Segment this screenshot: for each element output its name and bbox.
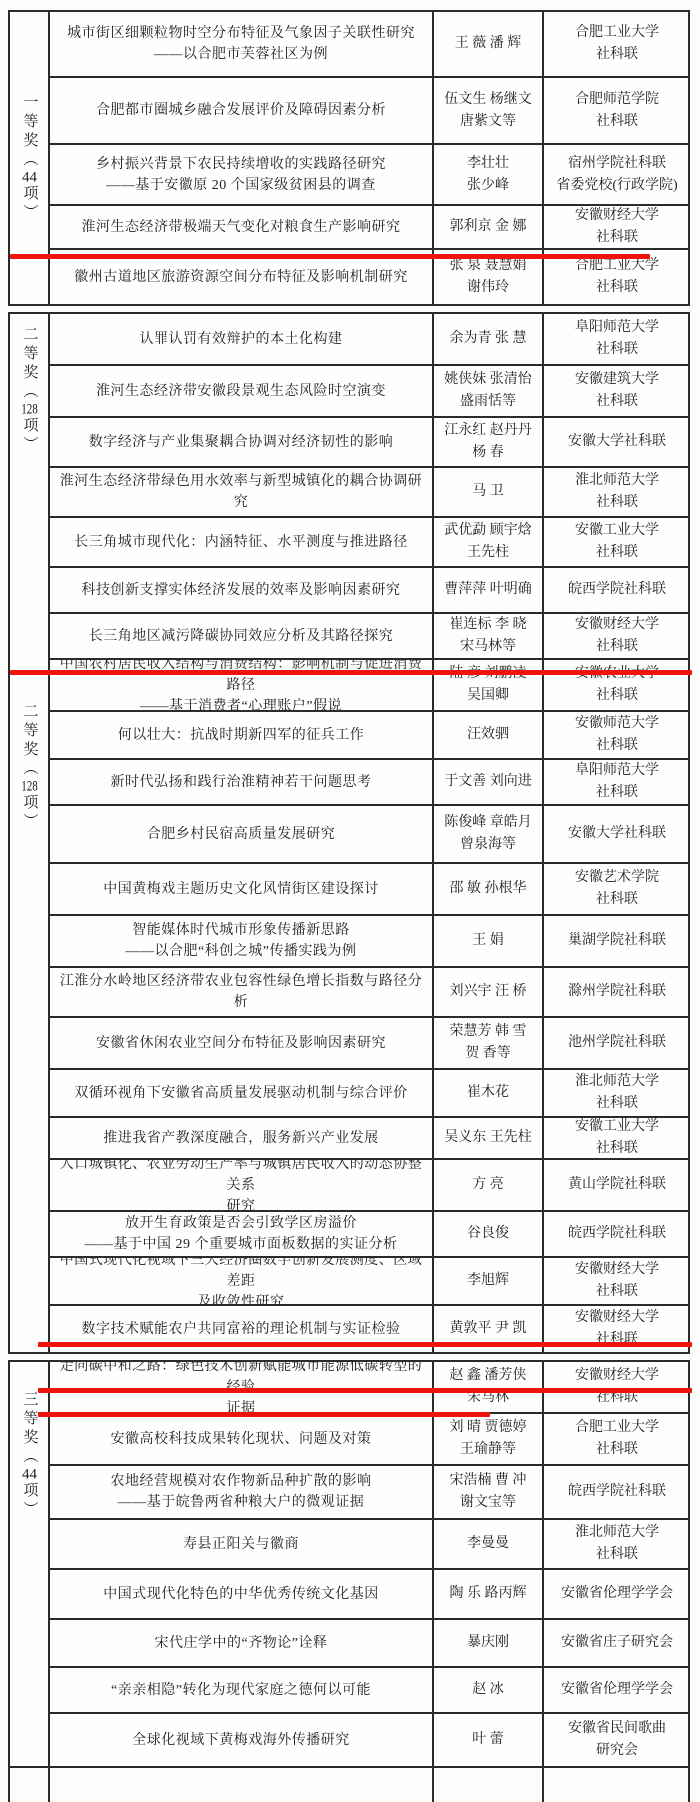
authors-cell: 叶 蕾 xyxy=(432,1714,542,1766)
institution-cell: 淮北师范大学社科联 xyxy=(542,1520,690,1570)
authors-cell-line: 谢文宝等 xyxy=(460,1492,516,1514)
institution-cell: 黄山学院社科联 xyxy=(542,1160,690,1212)
awards-table: 一等奖（44项）城市街区细颗粒物时空分布特征及气象因子关联性研究——以合肥市芙蓉… xyxy=(8,10,690,1800)
title-cell-line: 合肥都市圈城乡融合发展评价及障碍因素分析 xyxy=(96,100,386,121)
institution-cell-line: 安徽工业大学 xyxy=(575,520,659,542)
prize-category-cell: 三等奖（44项） xyxy=(10,1362,48,1766)
title-cell: 何以壮大：抗战时期新四军的征兵工作 xyxy=(48,712,432,760)
title-cell-line: 数字技术赋能农户共同富裕的理论机制与实证检验 xyxy=(82,1319,401,1340)
authors-cell-line: 宋马林等 xyxy=(460,636,516,658)
title-cell-line: 长三角地区减污降碳协同效应分析及其路径探究 xyxy=(89,626,394,647)
institution-cell: 安徽财经大学社科联 xyxy=(542,206,690,250)
institution-cell-line: 阜阳师范大学 xyxy=(575,760,659,782)
institution-cell-line: 研究会 xyxy=(596,1740,638,1762)
highlight-underline xyxy=(38,1388,692,1393)
institution-cell-line: 社科联 xyxy=(596,889,638,911)
authors-cell-line: 荣慧芳 韩 雪 xyxy=(450,1021,527,1043)
authors-cell: 马 卫 xyxy=(432,468,542,518)
title-cell: “亲亲相隐”转化为现代家庭之德何以可能 xyxy=(48,1668,432,1714)
title-cell-line: 放开生育政策是否会引致学区房溢价 xyxy=(125,1213,357,1234)
authors-cell-line: 刘 晴 贾德婷 xyxy=(450,1417,527,1439)
institution-cell-line: 社科联 xyxy=(596,391,638,413)
highlight-underline xyxy=(10,254,650,259)
institution-cell-line: 社科联 xyxy=(596,685,638,707)
authors-cell-line: 汪效驷 xyxy=(467,724,509,746)
authors-cell-line: 方 亮 xyxy=(472,1174,504,1196)
institution-cell-line: 安徽省庄子研究会 xyxy=(561,1632,673,1654)
authors-cell: 赵 冰 xyxy=(432,1668,542,1714)
institution-cell-line: 社科联 xyxy=(596,782,638,804)
institution-cell: 巢湖学院社科联 xyxy=(542,916,690,968)
highlight-underline xyxy=(10,670,692,675)
title-cell: 数字经济与产业集聚耦合协调对经济韧性的影响 xyxy=(48,418,432,468)
cutoff-cell xyxy=(432,1768,542,1800)
institution-cell-line: 社科联 xyxy=(596,44,638,66)
highlight-underline xyxy=(38,1342,692,1347)
institution-cell: 阜阳师范大学社科联 xyxy=(542,760,690,806)
authors-cell-line: 邵 敏 孙根华 xyxy=(450,878,527,900)
authors-cell: 江永红 赵丹丹杨 春 xyxy=(432,418,542,468)
title-cell: 江淮分水岭地区经济带农业包容性绿色增长指数与路径分析 xyxy=(48,968,432,1018)
institution-cell-line: 安徽省伦理学学会 xyxy=(561,1679,673,1701)
title-cell-line: 长三角城市现代化：内涵特征、水平测度与推进路径 xyxy=(74,532,408,553)
institution-cell-line: 安徽财经大学 xyxy=(575,1307,659,1329)
institution-cell-line: 安徽财经大学 xyxy=(575,1259,659,1281)
institution-cell-line: 合肥师范学院 xyxy=(575,89,659,111)
title-cell-line: 合肥乡村民宿高质量发展研究 xyxy=(147,824,336,845)
authors-cell: 李壮壮张少峰 xyxy=(432,145,542,206)
authors-cell-line: 盛雨恬等 xyxy=(460,391,516,413)
institution-cell: 安徽大学社科联 xyxy=(542,418,690,468)
institution-cell-line: 安徽艺术学院 xyxy=(575,867,659,889)
institution-cell: 阜阳师范大学社科联 xyxy=(542,314,690,366)
institution-cell-line: 社科联 xyxy=(596,1138,638,1160)
institution-cell: 安徽建筑大学社科联 xyxy=(542,366,690,418)
authors-cell: 姚侠妹 张清怡盛雨恬等 xyxy=(432,366,542,418)
institution-cell: 安徽财经大学社科联 xyxy=(542,614,690,660)
title-cell-line: 认罪认罚有效辩护的本土化构建 xyxy=(140,329,343,350)
institution-cell: 安徽师范大学社科联 xyxy=(542,712,690,760)
title-cell-line: ——以合肥“科创之城”传播实践为例 xyxy=(126,941,357,962)
title-cell-line: 宋代庄学中的“齐物论”诠释 xyxy=(155,1633,328,1654)
title-cell: 农地经营规模对农作物新品种扩散的影响——基于皖鲁两省种粮大户的微观证据 xyxy=(48,1466,432,1520)
title-cell: 中国农村居民收入结构与消费结构：影响机制与促进消费路径——基于消费者“心理账户”… xyxy=(48,660,432,712)
authors-cell-line: 郭利京 金 娜 xyxy=(450,216,527,238)
authors-cell-line: 曾泉海等 xyxy=(460,834,516,856)
institution-cell-line: 社科联 xyxy=(596,339,638,361)
authors-cell-line: 江永红 赵丹丹 xyxy=(444,420,532,442)
authors-cell: 邵 敏 孙根华 xyxy=(432,864,542,916)
title-cell: 中国式现代化视域下三大经济圈数字创新发展测度、区域差距及收敛性研究 xyxy=(48,1258,432,1306)
institution-cell-line: 社科联 xyxy=(596,1544,638,1566)
authors-cell-line: 李壮壮 xyxy=(467,153,509,175)
title-cell: 淮河生态经济带绿色用水效率与新型城镇化的耦合协调研究 xyxy=(48,468,432,518)
authors-cell-line: 暴庆刚 xyxy=(467,1632,509,1654)
authors-cell: 武优勐 顾宇焓王先柱 xyxy=(432,518,542,568)
institution-cell-line: 安徽建筑大学 xyxy=(575,369,659,391)
authors-cell: 郭利京 金 娜 xyxy=(432,206,542,250)
institution-cell: 安徽省庄子研究会 xyxy=(542,1620,690,1668)
institution-cell-line: 阜阳师范大学 xyxy=(575,317,659,339)
title-cell: 安徽高校科技成果转化现状、问题及对策 xyxy=(48,1414,432,1466)
title-cell: 中国黄梅戏主题历史文化风情街区建设探讨 xyxy=(48,864,432,916)
authors-cell-line: 王 薇 潘 辉 xyxy=(455,33,522,55)
authors-cell-line: 曹萍萍 叶明确 xyxy=(444,579,532,601)
title-cell: 全球化视域下黄梅戏海外传播研究 xyxy=(48,1714,432,1766)
title-cell: 人口城镇化、农业劳动生产率与城镇居民收入的动态协整关系研究 xyxy=(48,1160,432,1212)
institution-cell-line: 社科联 xyxy=(596,111,638,133)
cutoff-cell xyxy=(10,1768,48,1800)
authors-cell-line: 姚侠妹 张清怡 xyxy=(444,369,532,391)
cutoff-cell xyxy=(542,1768,690,1800)
institution-cell: 安徽农业大学社科联 xyxy=(542,660,690,712)
institution-cell-line: 皖西学院社科联 xyxy=(568,579,666,601)
institution-cell-line: 社科联 xyxy=(596,1329,638,1351)
institution-cell-line: 淮北师范大学 xyxy=(575,1522,659,1544)
title-cell-line: 淮河生态经济带极端天气变化对粮食生产影响研究 xyxy=(82,217,401,238)
highlight-underline xyxy=(38,1412,490,1417)
authors-cell-line: 贺 香等 xyxy=(465,1043,511,1065)
institution-cell-line: 巢湖学院社科联 xyxy=(568,930,666,952)
title-cell: 科技创新支撑实体经济发展的效率及影响因素研究 xyxy=(48,568,432,614)
authors-cell-line: 陈俊峰 章皓月 xyxy=(444,812,532,834)
title-cell-line: 淮河生态经济带绿色用水效率与新型城镇化的耦合协调研究 xyxy=(53,471,429,513)
authors-cell-line: 马 卫 xyxy=(472,481,504,503)
title-cell-line: ——基于中国 29 个重要城市面板数据的实证分析 xyxy=(85,1234,398,1255)
authors-cell: 刘 晴 贾德婷王瑜静等 xyxy=(432,1414,542,1466)
title-cell: 淮河生态经济带极端天气变化对粮食生产影响研究 xyxy=(48,206,432,250)
title-cell-line: 双循环视角下安徽省高质量发展驱动机制与综合评价 xyxy=(74,1083,408,1104)
institution-cell-line: 安徽省民间歌曲 xyxy=(568,1718,666,1740)
institution-cell: 安徽财经大学社科联 xyxy=(542,1258,690,1306)
institution-cell-line: 社科联 xyxy=(596,1439,638,1461)
authors-cell: 陆 彦 刘鹏凌吴国卿 xyxy=(432,660,542,712)
authors-cell-line: 宋浩楠 曹 冲 xyxy=(450,1470,527,1492)
title-cell: 推进我省产教深度融合，服务新兴产业发展 xyxy=(48,1118,432,1160)
authors-cell-line: 崔木花 xyxy=(467,1082,509,1104)
institution-cell: 安徽大学社科联 xyxy=(542,806,690,864)
title-cell: 安徽省休闲农业空间分布特征及影响因素研究 xyxy=(48,1018,432,1070)
authors-cell: 陈俊峰 章皓月曾泉海等 xyxy=(432,806,542,864)
title-cell-line: 全球化视域下黄梅戏海外传播研究 xyxy=(132,1730,350,1751)
title-cell-line: 智能媒体时代城市形象传播新思路 xyxy=(132,920,350,941)
institution-cell-line: 黄山学院社科联 xyxy=(568,1174,666,1196)
authors-cell: 伍文生 杨继文唐紫文等 xyxy=(432,78,542,145)
authors-cell-line: 王瑜静等 xyxy=(460,1439,516,1461)
authors-cell-line: 赵 冰 xyxy=(472,1679,504,1701)
institution-cell-line: 淮北师范大学 xyxy=(575,470,659,492)
authors-cell: 谷良俊 xyxy=(432,1212,542,1258)
authors-cell: 李曼曼 xyxy=(432,1520,542,1570)
authors-cell-line: 叶 蕾 xyxy=(472,1729,504,1751)
title-cell: 中国式现代化特色的中华优秀传统文化基因 xyxy=(48,1570,432,1620)
institution-cell-line: 淮北师范大学 xyxy=(575,1071,659,1093)
title-cell-line: ——基于消费者“心理账户”假说 xyxy=(140,696,342,713)
award-section: 三等奖（44项）走向碳中和之路：绿色技术创新赋能城市能源低碳转型的经验证据赵 鑫… xyxy=(8,1360,690,1768)
title-cell: 乡村振兴背景下农民持续增收的实践路径研究——基于安徽原 20 个国家级贫困县的调… xyxy=(48,145,432,206)
institution-cell: 合肥工业大学社科联 xyxy=(542,1414,690,1466)
institution-cell-line: 安徽大学社科联 xyxy=(568,431,666,453)
title-cell-line: 研究 xyxy=(227,1196,256,1213)
authors-cell: 荣慧芳 韩 雪贺 香等 xyxy=(432,1018,542,1070)
title-cell: 新时代弘扬和践行治淮精神若干问题思考 xyxy=(48,760,432,806)
title-cell-line: 中国式现代化视域下三大经济圈数字创新发展测度、区域差距 xyxy=(53,1258,429,1292)
institution-cell-line: 安徽大学社科联 xyxy=(568,823,666,845)
title-cell: 宋代庄学中的“齐物论”诠释 xyxy=(48,1620,432,1668)
cutoff-cell xyxy=(48,1768,432,1800)
authors-cell: 王 娟 xyxy=(432,916,542,968)
authors-cell: 崔连标 李 晓宋马林等 xyxy=(432,614,542,660)
authors-cell-line: 李旭辉 xyxy=(467,1270,509,1292)
institution-cell: 安徽省伦理学学会 xyxy=(542,1570,690,1620)
institution-cell-line: 皖西学院社科联 xyxy=(568,1223,666,1245)
institution-cell-line: 社科联 xyxy=(596,735,638,757)
title-cell-line: 农地经营规模对农作物新品种扩散的影响 xyxy=(111,1471,372,1492)
prize-category-cell: 一等奖（44项） xyxy=(10,12,48,304)
title-cell-line: 徽州古道地区旅游资源空间分布特征及影响机制研究 xyxy=(74,267,408,288)
authors-cell-line: 王先柱 xyxy=(467,542,509,564)
institution-cell: 皖西学院社科联 xyxy=(542,568,690,614)
institution-cell-line: 合肥工业大学 xyxy=(575,1417,659,1439)
institution-cell: 皖西学院社科联 xyxy=(542,1212,690,1258)
title-cell-line: ——基于安徽原 20 个国家级贫困县的调查 xyxy=(106,175,376,196)
title-cell-line: 推进我省产教深度融合，服务新兴产业发展 xyxy=(103,1128,379,1149)
authors-cell-line: 唐紫文等 xyxy=(460,111,516,133)
title-cell-line: 何以壮大：抗战时期新四军的征兵工作 xyxy=(118,725,365,746)
title-cell-line: 数字经济与产业集聚耦合协调对经济韧性的影响 xyxy=(89,432,394,453)
authors-cell-line: 崔连标 李 晓 xyxy=(450,614,527,636)
authors-cell: 吴义东 王先柱 xyxy=(432,1118,542,1160)
institution-cell: 淮北师范大学社科联 xyxy=(542,1070,690,1118)
title-cell: 淮河生态经济带安徽段景观生态风险时空演变 xyxy=(48,366,432,418)
title-cell: 认罪认罚有效辩护的本土化构建 xyxy=(48,314,432,366)
institution-cell: 合肥师范学院社科联 xyxy=(542,78,690,145)
authors-cell-line: 于文善 刘向进 xyxy=(444,771,532,793)
title-cell-line: 中国黄梅戏主题历史文化风情街区建设探讨 xyxy=(103,879,379,900)
title-cell-line: 江淮分水岭地区经济带农业包容性绿色增长指数与路径分析 xyxy=(53,971,429,1013)
institution-cell-line: 皖西学院社科联 xyxy=(568,1481,666,1503)
authors-cell: 刘兴宇 汪 桥 xyxy=(432,968,542,1018)
authors-cell-line: 吴国卿 xyxy=(467,685,509,707)
authors-cell: 崔木花 xyxy=(432,1070,542,1118)
title-cell-line: 中国式现代化特色的中华优秀传统文化基因 xyxy=(103,1584,379,1605)
institution-cell-line: 安徽财经大学 xyxy=(575,614,659,636)
institution-cell-line: 池州学院社科联 xyxy=(568,1032,666,1054)
authors-cell-line: 李曼曼 xyxy=(467,1533,509,1555)
award-section: 二等奖（128项）二等奖（128项）认罪认罚有效辩护的本土化构建余为青 张 慧阜… xyxy=(8,312,690,1354)
authors-cell-line: 赵 鑫 潘芳侠 xyxy=(450,1365,527,1387)
title-cell-line: 中国农村居民收入结构与消费结构：影响机制与促进消费路径 xyxy=(53,660,429,696)
authors-cell: 曹萍萍 叶明确 xyxy=(432,568,542,614)
title-cell: 寿县正阳关与徽商 xyxy=(48,1520,432,1570)
authors-cell: 暴庆刚 xyxy=(432,1620,542,1668)
institution-cell-line: 安徽师范大学 xyxy=(575,713,659,735)
institution-cell-line: 安徽工业大学 xyxy=(575,1118,659,1138)
institution-cell-line: 宿州学院社科联 xyxy=(568,153,666,175)
authors-cell: 李旭辉 xyxy=(432,1258,542,1306)
authors-cell: 余为青 张 慧 xyxy=(432,314,542,366)
title-cell-line: 安徽高校科技成果转化现状、问题及对策 xyxy=(111,1429,372,1450)
authors-cell-line: 伍文生 杨继文 xyxy=(444,89,532,111)
institution-cell-line: 安徽省伦理学学会 xyxy=(561,1583,673,1605)
authors-cell-line: 余为青 张 慧 xyxy=(450,328,527,350)
institution-cell-line: 社科联 xyxy=(596,1093,638,1115)
institution-cell: 池州学院社科联 xyxy=(542,1018,690,1070)
institution-cell: 安徽省伦理学学会 xyxy=(542,1668,690,1714)
title-cell-line: 安徽省休闲农业空间分布特征及影响因素研究 xyxy=(96,1033,386,1054)
authors-cell-line: 王 娟 xyxy=(472,930,504,952)
authors-cell-line: 刘兴宇 汪 桥 xyxy=(450,981,527,1003)
title-cell: 合肥乡村民宿高质量发展研究 xyxy=(48,806,432,864)
award-section: 一等奖（44项）城市街区细颗粒物时空分布特征及气象因子关联性研究——以合肥市芙蓉… xyxy=(8,10,690,306)
prize-label: 二等奖（128项） xyxy=(22,326,37,455)
authors-cell-line: 黄敦平 尹 凯 xyxy=(450,1318,527,1340)
authors-cell: 于文善 刘向进 xyxy=(432,760,542,806)
title-cell-line: 人口城镇化、农业劳动生产率与城镇居民收入的动态协整关系 xyxy=(53,1160,429,1196)
institution-cell-line: 安徽财经大学 xyxy=(575,206,659,227)
cutoff-row-stub xyxy=(8,1768,690,1800)
institution-cell-line: 滁州学院社科联 xyxy=(568,981,666,1003)
institution-cell-line: 安徽财经大学 xyxy=(575,1365,659,1387)
institution-cell: 安徽工业大学社科联 xyxy=(542,518,690,568)
authors-cell-line: 张少峰 xyxy=(467,175,509,197)
institution-cell-line: 省委党校(行政学院) xyxy=(556,175,677,197)
institution-cell: 滁州学院社科联 xyxy=(542,968,690,1018)
title-cell-line: 科技创新支撑实体经济发展的效率及影响因素研究 xyxy=(82,580,401,601)
institution-cell: 淮北师范大学社科联 xyxy=(542,468,690,518)
institution-cell-line: 社科联 xyxy=(596,492,638,514)
authors-cell-line: 吴义东 王先柱 xyxy=(444,1127,532,1149)
title-cell: 合肥都市圈城乡融合发展评价及障碍因素分析 xyxy=(48,78,432,145)
institution-cell-line: 社科联 xyxy=(596,542,638,564)
institution-cell: 宿州学院社科联省委党校(行政学院) xyxy=(542,145,690,206)
prize-label: 一等奖（44项） xyxy=(22,94,37,223)
title-cell-line: 及收敛性研究 xyxy=(198,1292,285,1307)
title-cell-line: 新时代弘扬和践行治淮精神若干问题思考 xyxy=(111,772,372,793)
title-cell: 长三角城市现代化：内涵特征、水平测度与推进路径 xyxy=(48,518,432,568)
institution-cell: 安徽工业大学社科联 xyxy=(542,1118,690,1160)
authors-cell-line: 陶 乐 路丙辉 xyxy=(450,1583,527,1605)
title-cell-line: ——基于皖鲁两省种粮大户的微观证据 xyxy=(118,1492,365,1513)
prize-category-cell: 二等奖（128项）二等奖（128项） xyxy=(10,314,48,1352)
title-cell: 放开生育政策是否会引致学区房溢价——基于中国 29 个重要城市面板数据的实证分析 xyxy=(48,1212,432,1258)
institution-cell-line: 社科联 xyxy=(596,227,638,249)
authors-cell: 王 薇 潘 辉 xyxy=(432,12,542,78)
authors-cell-line: 谷良俊 xyxy=(467,1223,509,1245)
title-cell: 城市街区细颗粒物时空分布特征及气象因子关联性研究——以合肥市芙蓉社区为例 xyxy=(48,12,432,78)
institution-cell: 安徽艺术学院社科联 xyxy=(542,864,690,916)
institution-cell: 合肥工业大学社科联 xyxy=(542,12,690,78)
authors-cell: 方 亮 xyxy=(432,1160,542,1212)
authors-cell: 陶 乐 路丙辉 xyxy=(432,1570,542,1620)
title-cell: 智能媒体时代城市形象传播新思路——以合肥“科创之城”传播实践为例 xyxy=(48,916,432,968)
title-cell: 双循环视角下安徽省高质量发展驱动机制与综合评价 xyxy=(48,1070,432,1118)
title-cell-line: ——以合肥市芙蓉社区为例 xyxy=(154,44,328,65)
title-cell: 长三角地区减污降碳协同效应分析及其路径探究 xyxy=(48,614,432,660)
prize-label: 三等奖（44项） xyxy=(22,1391,37,1520)
institution-cell-line: 合肥工业大学 xyxy=(575,22,659,44)
institution-cell-line: 社科联 xyxy=(596,277,638,299)
title-cell-line: 乡村振兴背景下农民持续增收的实践路径研究 xyxy=(96,154,386,175)
title-cell-line: 淮河生态经济带安徽段景观生态风险时空演变 xyxy=(96,381,386,402)
authors-cell-line: 谢伟玲 xyxy=(467,277,509,299)
authors-cell: 汪效驷 xyxy=(432,712,542,760)
prize-label: 二等奖（128项） xyxy=(22,703,37,832)
institution-cell: 安徽省民间歌曲研究会 xyxy=(542,1714,690,1766)
title-cell-line: “亲亲相隐”转化为现代家庭之德何以可能 xyxy=(111,1680,371,1701)
institution-cell-line: 社科联 xyxy=(596,636,638,658)
title-cell-line: 城市街区细颗粒物时空分布特征及气象因子关联性研究 xyxy=(67,23,415,44)
institution-cell: 皖西学院社科联 xyxy=(542,1466,690,1520)
authors-cell: 宋浩楠 曹 冲谢文宝等 xyxy=(432,1466,542,1520)
authors-cell-line: 杨 春 xyxy=(472,442,504,464)
title-cell-line: 寿县正阳关与徽商 xyxy=(183,1534,299,1555)
institution-cell-line: 社科联 xyxy=(596,1281,638,1303)
authors-cell-line: 武优勐 顾宇焓 xyxy=(444,520,532,542)
